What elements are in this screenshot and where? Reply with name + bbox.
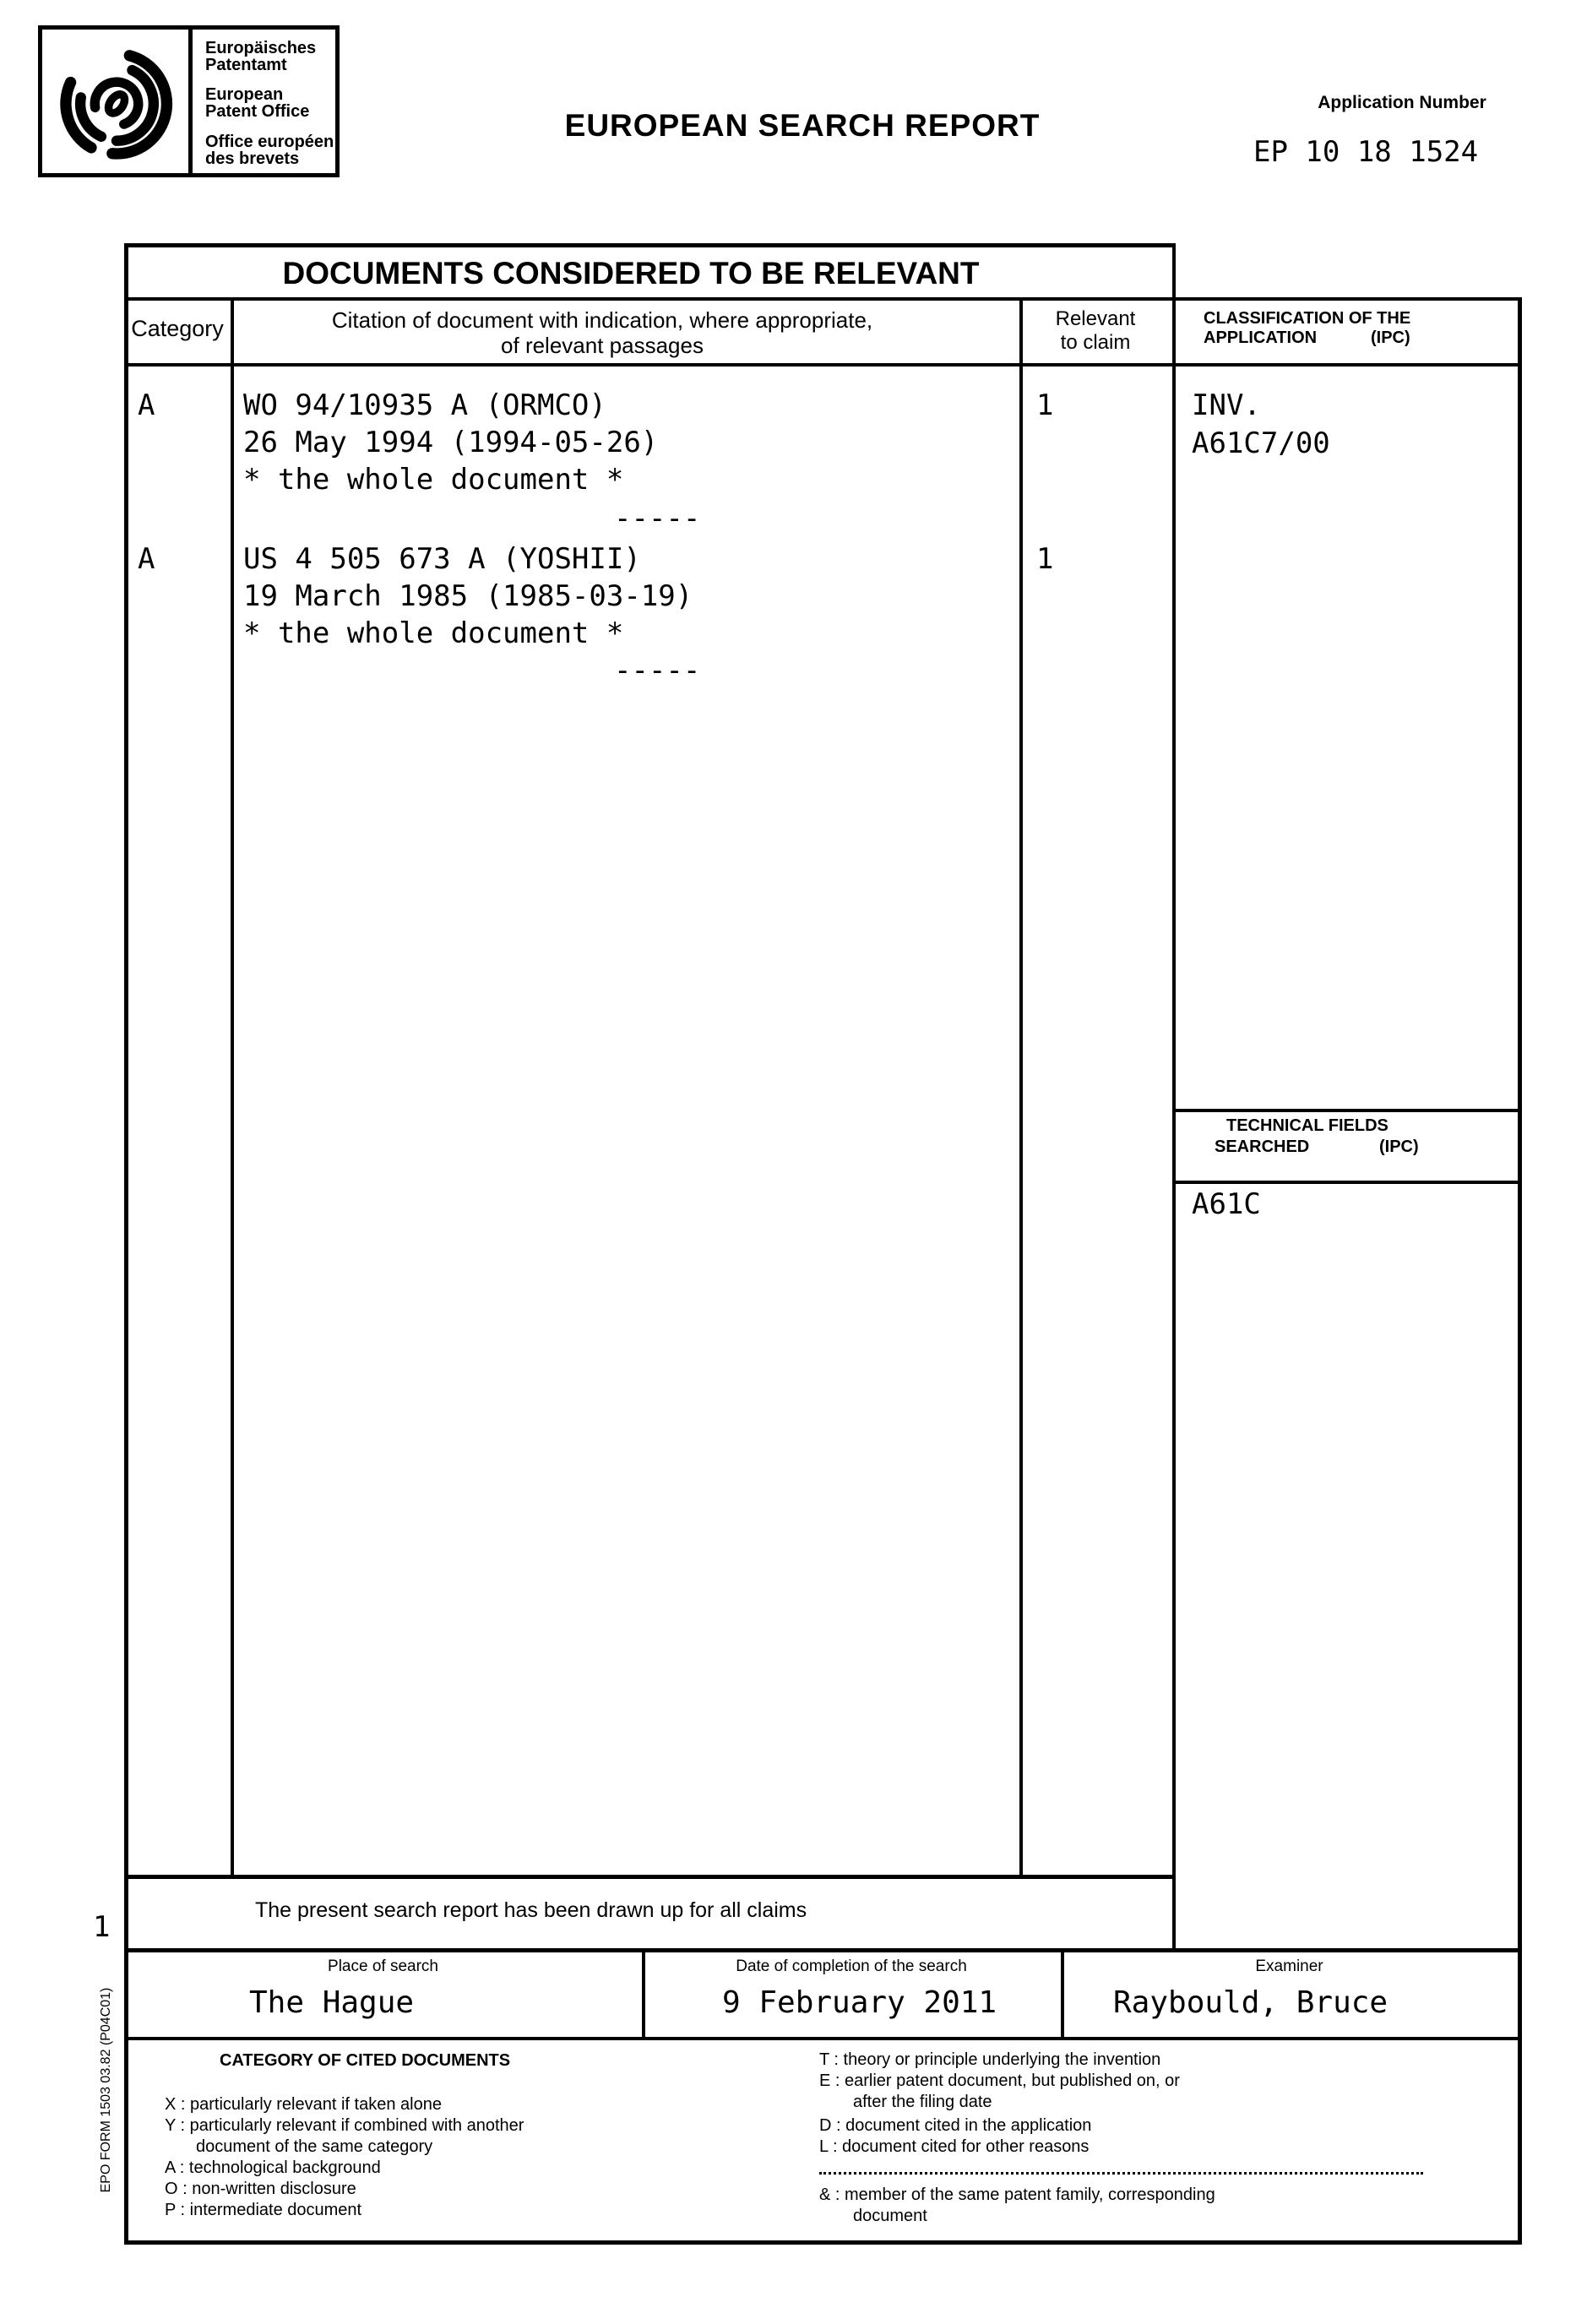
legend-left-line: document of the same category <box>196 2137 432 2157</box>
legend-left-line: O : non-written disclosure <box>165 2179 356 2199</box>
legend-left-title: CATEGORY OF CITED DOCUMENTS <box>220 2050 510 2071</box>
legend-right-line: & : member of the same patent family, co… <box>819 2185 1215 2205</box>
divider <box>124 2037 1522 2040</box>
legend-right-line: after the filing date <box>853 2092 992 2112</box>
classification-value: INV. <box>1192 387 1261 424</box>
epo-form-id: EPO FORM 1503 03.82 (P04C01) <box>99 1963 116 2217</box>
dotted-separator <box>819 2172 1423 2175</box>
application-number-label: Application Number <box>1258 93 1546 113</box>
column-header-citation: Citation of document with indication, wh… <box>231 307 974 358</box>
citation-category: A <box>138 540 155 578</box>
citation-separator: ----- <box>614 652 700 689</box>
column-header-relevant: Relevant to claim <box>1019 307 1171 355</box>
column-header-category: Category <box>124 316 231 341</box>
column-header-classification-line1: CLASSIFICATION OF THE <box>1204 309 1410 329</box>
citation-separator: ----- <box>614 500 700 537</box>
divider <box>231 297 234 1875</box>
legend-left-line: P : intermediate document <box>165 2200 361 2220</box>
divider <box>124 2240 1522 2245</box>
citation-line: 19 March 1985 (1985-03-19) <box>243 578 693 615</box>
legend-right-line: L : document cited for other reasons <box>819 2137 1089 2157</box>
divider <box>124 243 1176 247</box>
technical-fields-label-line1: TECHNICAL FIELDS <box>1226 1116 1389 1136</box>
page-title: EUROPEAN SEARCH REPORT <box>541 108 1064 144</box>
legend-right-line: E : earlier patent document, but publish… <box>819 2071 1180 2091</box>
logo-text-fr-1: Office européen <box>205 133 334 150</box>
legend-left-line: Y : particularly relevant if combined wi… <box>165 2115 524 2136</box>
date-of-completion-label: Date of completion of the search <box>642 1957 1061 1976</box>
search-report-page: Europäisches Patentamt European Patent O… <box>0 0 1576 2324</box>
legend-right-line: document <box>853 2206 927 2226</box>
legend-right-line: D : document cited in the application <box>819 2115 1091 2136</box>
citation-line: * the whole document * <box>243 615 623 652</box>
technical-fields-label-line2: SEARCHED <box>1215 1138 1309 1157</box>
column-header-classification-ipc: (IPC) <box>1371 329 1410 348</box>
logo-text-en-2: Patent Office <box>205 103 309 120</box>
citation-line: WO 94/10935 A (ORMCO) <box>243 387 606 424</box>
divider <box>124 1875 1176 1879</box>
claims-note: The present search report has been drawn… <box>255 1898 807 1923</box>
legend-right-line: T : theory or principle underlying the i… <box>819 2050 1160 2070</box>
citation-category: A <box>138 387 155 424</box>
application-number-value: EP 10 18 1524 <box>1253 133 1478 171</box>
technical-fields-label-ipc: (IPC) <box>1379 1138 1419 1157</box>
epo-spiral-logo-icon <box>49 33 184 170</box>
divider <box>124 1948 1522 1952</box>
citation-line: * the whole document * <box>243 461 623 498</box>
epo-logo-box: Europäisches Patentamt European Patent O… <box>38 25 340 177</box>
place-of-search-label: Place of search <box>124 1957 642 1976</box>
date-of-completion-value: 9 February 2011 <box>722 1985 997 2022</box>
place-of-search-value: The Hague <box>249 1985 414 2022</box>
logo-text-de-2: Patentamt <box>205 57 287 73</box>
divider <box>1019 297 1023 1875</box>
relevant-to-claim-value: 1 <box>1036 387 1053 424</box>
classification-value: A61C7/00 <box>1192 425 1330 462</box>
citation-line: US 4 505 673 A (YOSHII) <box>243 540 641 578</box>
examiner-label: Examiner <box>1061 1957 1518 1976</box>
logo-text-fr-2: des brevets <box>205 150 299 167</box>
column-header-classification-line2: APPLICATION <box>1204 329 1317 348</box>
divider <box>124 297 1522 301</box>
table-title: DOCUMENTS CONSIDERED TO BE RELEVANT <box>124 256 1138 291</box>
divider <box>1518 297 1522 2245</box>
legend-left-line: A : technological background <box>165 2158 381 2178</box>
divider <box>1172 243 1176 1952</box>
divider <box>1172 1181 1522 1184</box>
divider <box>188 30 193 173</box>
legend-left-line: X : particularly relevant if taken alone <box>165 2094 442 2115</box>
divider <box>1172 1109 1522 1112</box>
logo-text-en-1: European <box>205 86 283 103</box>
technical-fields-value: A61C <box>1192 1186 1261 1223</box>
logo-text-de-1: Europäisches <box>205 40 316 57</box>
divider <box>124 243 128 2245</box>
relevant-to-claim-value: 1 <box>1036 540 1053 578</box>
examiner-value: Raybould, Bruce <box>1113 1985 1388 2022</box>
page-number: 1 <box>93 1909 110 1946</box>
divider <box>124 363 1522 367</box>
citation-line: 26 May 1994 (1994-05-26) <box>243 424 658 461</box>
